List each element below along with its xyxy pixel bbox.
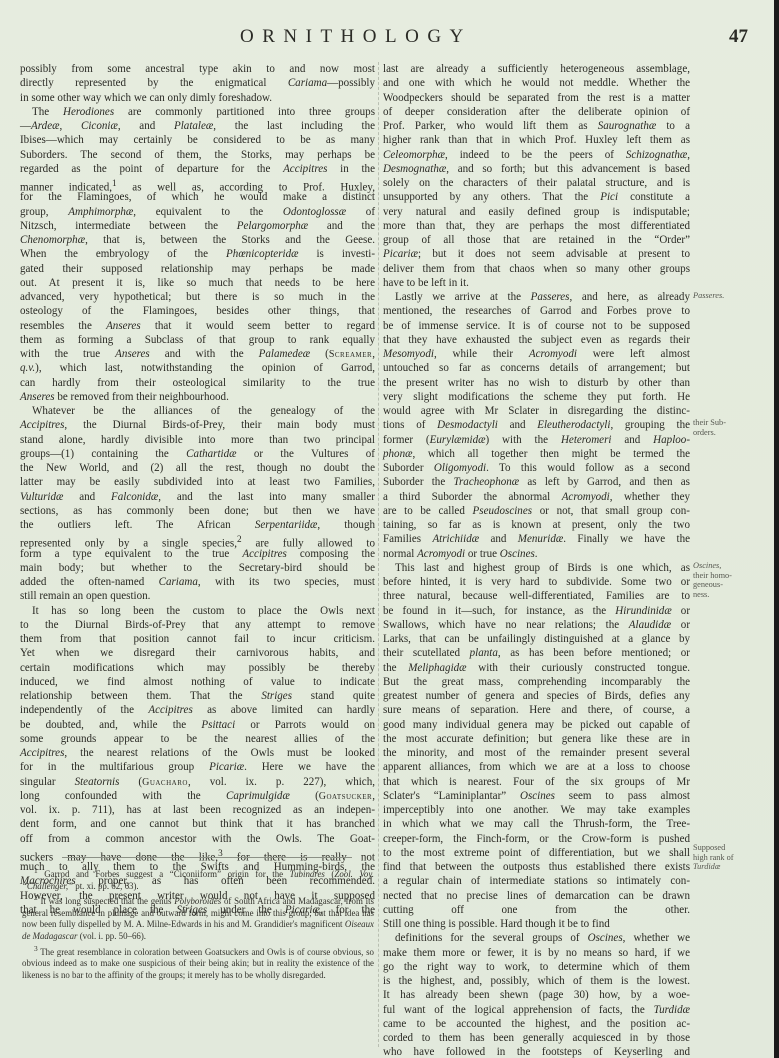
left_column-text-line: possibly from some ancestral type akin t… — [20, 62, 375, 76]
scan-edge — [774, 0, 779, 1058]
left_column-text-line: Yet when we disregard their carnivorous … — [20, 646, 375, 660]
left_column-text-line: singular Steatornis (Guacharo, vol. ix. … — [20, 775, 375, 789]
left_column-text-line: them from that position cannot fail to i… — [20, 632, 375, 646]
right_column-text-line: untouched so far as concerns details of … — [383, 361, 690, 375]
right_column-text-line: their scutellated planta, as has been be… — [383, 646, 690, 660]
left_column-text-line: can hardly from their osteological simil… — [20, 376, 375, 390]
margin-note: Passeres. — [693, 291, 777, 301]
right_column-text-line: Celeomorphæ, indeed to be the peers of S… — [383, 148, 690, 162]
right_column-text-line: the most accurate definition; but genera… — [383, 732, 690, 746]
left_column-text-line: regarded as the point of departure for t… — [20, 162, 375, 176]
left_column-text-line: long confounded with the Caprimulgidæ (G… — [20, 789, 375, 803]
right_column-text-line: Suborder Oligomyodi. To this would follo… — [383, 461, 690, 475]
left_column-text-line: Whatever be the alliances of the genealo… — [20, 404, 375, 418]
right_column-text-line: Mesomyodi, while their Acromyodi were le… — [383, 347, 690, 361]
right_column-text-line: apparent alliances, from which we are at… — [383, 760, 690, 774]
margin-note: Supposedhigh rank ofTurdidæ — [693, 843, 777, 872]
right_column-text-line: three natural, because well-differentiat… — [383, 589, 690, 603]
right_column-text-line: former (Eurylæmidæ) with the Heteromeri … — [383, 433, 690, 447]
right_column-text-line: last are already a sufficiently heteroge… — [383, 62, 690, 76]
left_column-text-line: with the true Anseres and with the Palam… — [20, 347, 375, 361]
right_column-text-line: greatest number of genera and species of… — [383, 689, 690, 703]
left_column-text-line: in some other way which we can only diml… — [20, 91, 375, 105]
right_column-text-line: have to be left in it. — [383, 276, 690, 290]
left_column-text-line: form a type equivalent to the true Accip… — [20, 547, 375, 561]
right_column-text-line: But the great mass, comprehending incomp… — [383, 675, 690, 689]
right_column-text-line: normal Acromyodi or true Oscines. — [383, 547, 690, 561]
right_column-text-line: unsupported by any others. That the Pici… — [383, 190, 690, 204]
left_column-text-line: The Herodiones are commonly partitioned … — [20, 105, 375, 119]
right_column-text-line: phonæ, which all together then might be … — [383, 447, 690, 461]
left-column: possibly from some ancestral type akin t… — [20, 62, 375, 917]
left_column-text-line: Nitzsch, intermediate between the Pelarg… — [20, 219, 375, 233]
right_column-text-line: Larks, that can be unfailingly distingui… — [383, 632, 690, 646]
right_column-text-line: be of immense service. It is of course n… — [383, 319, 690, 333]
left_column-text-line: Vulturidæ and Falconidæ, and the last in… — [20, 490, 375, 504]
right_column-text-line: Desmognathæ, and so forth; but this adva… — [383, 162, 690, 176]
left_column-text-line: represented only by a single species,2 a… — [20, 532, 375, 546]
left_column-text-line: stand alone, hardly divisible into more … — [20, 433, 375, 447]
right_column-text-line: Picariæ; but it does not seem advisable … — [383, 247, 690, 261]
right_column-text-line: the Meliphagidæ with their curiously con… — [383, 661, 690, 675]
left_column-text-line: When the embryology of the Phœnicopterid… — [20, 247, 375, 261]
right_column-text-line: definitions for the several groups of Os… — [383, 931, 690, 945]
left_column-text-line: Ibises—which may certainly be considered… — [20, 133, 375, 147]
left_column-text-line: latter may be easily subdivided into at … — [20, 475, 375, 489]
right_column-text-line: cutting off one from the other. — [383, 903, 690, 917]
right_column-text-line: mentioned, the researches of Garrod and … — [383, 304, 690, 318]
left_column-text-line: some grounds appear to be the nearest al… — [20, 732, 375, 746]
right_column-text-line: group of all those that are retained in … — [383, 233, 690, 247]
right_column-text-line: creeper-form, the Finch-form, or the Cro… — [383, 832, 690, 846]
left_column-text-line: group, Amphimorphæ, equivalent to the Od… — [20, 205, 375, 219]
left_column-text-line: the New World, and (2) all the rest, tho… — [20, 461, 375, 475]
left_column-text-line: them as forming a Subclass of that group… — [20, 333, 375, 347]
left_column-text-line: for the Flamingoes, of which he would ma… — [20, 190, 375, 204]
left_column-text-line: still remain an open question. — [20, 589, 375, 603]
right_column-text-line: very natural and easily defined group is… — [383, 205, 690, 219]
footnote-3: 3 The great resemblance in coloration be… — [22, 943, 374, 982]
book-page: ORNITHOLOGY 47 possibly from some ancest… — [0, 0, 779, 1058]
left_column-text-line: directly represented by the enigmatical … — [20, 76, 375, 90]
left_column-text-line: manner indicated,1 as well as, according… — [20, 176, 375, 190]
right_column-text-line: This last and highest group of Birds is … — [383, 561, 690, 575]
left_column-text-line: groups—(1) containing the Cathartidæ or … — [20, 447, 375, 461]
footnote-1: 1 Garrod and Forbes suggest a “Ciconiifo… — [22, 865, 374, 892]
left_column-text-line: to the Diurnal Birds-of-Prey that any at… — [20, 618, 375, 632]
right_column-text-line: and one with which he would not meddle. … — [383, 76, 690, 90]
left_column-text-line: It has so long been the custom to place … — [20, 604, 375, 618]
left_column-text-line: sections, as has commonly been done; but… — [20, 504, 375, 518]
right_column-text-line: Sclater's “Laminiplantar” Oscines seem t… — [383, 789, 690, 803]
margin-note: their Sub-orders. — [693, 418, 777, 437]
right_column-text-line: Lastly we arrive at the Passeres, and he… — [383, 290, 690, 304]
right_column-text-line: imperceptibly into one another. We may t… — [383, 803, 690, 817]
right_column-text-line: very slight modifications the scheme the… — [383, 390, 690, 404]
left_column-text-line: added the often-named Cariama, with its … — [20, 575, 375, 589]
right_column-text-line: sure means of separation. Here and there… — [383, 703, 690, 717]
left_column-text-line: induced, we find almost nothing of value… — [20, 675, 375, 689]
right_column-text-line: make them more or fewer, it is by no mea… — [383, 946, 690, 960]
left_column-text-line: independently of the Accipitres as above… — [20, 703, 375, 717]
footnote-2: 2 It was long suspected that the genus P… — [22, 892, 374, 942]
right_column-text-line: find that between the outposts thus esta… — [383, 860, 690, 874]
right_column-text-line: deliver them from that chaos when so man… — [383, 262, 690, 276]
right_column-text-line: tions of Desmodactyli and Eleutherodacty… — [383, 418, 690, 432]
right_column-text-line: Suborder the Tracheophonæ as left by Gar… — [383, 475, 690, 489]
right_column-text-line: a regular chain of intermediate stations… — [383, 874, 690, 888]
right_column-text-line: before hinted, it is very hard to subdiv… — [383, 575, 690, 589]
left_column-text-line: vol. ix. p. 711), has at last been recog… — [20, 803, 375, 817]
left_column-text-line: Chenomorphæ, that is, between the Storks… — [20, 233, 375, 247]
left_column-text-line: Suborders. The second of them, the Stork… — [20, 148, 375, 162]
left_column-text-line: gated their supposed relationship may pe… — [20, 262, 375, 276]
running-header: ORNITHOLOGY 47 — [0, 26, 779, 50]
margin-note: Oscines,their homo-geneous-ness. — [693, 561, 777, 599]
right_column-text-line: Families Atrichiidæ and Menuridæ. Finall… — [383, 532, 690, 546]
right_column-text-line: corded to them has been generally acquie… — [383, 1031, 690, 1045]
right_column-text-line: came to be accounted the highest, and th… — [383, 1017, 690, 1031]
right_column-text-line: the minority, and most of the remainder … — [383, 746, 690, 760]
right_column-text-line: nected that no precise lines of demarcat… — [383, 889, 690, 903]
left_column-text-line: for in the multifarious group Picariæ. H… — [20, 760, 375, 774]
column-divider — [378, 62, 380, 1047]
right_column-text-line: in which what we may call the Thrush-for… — [383, 817, 690, 831]
left_column-text-line: off from a common ancestor with the Owls… — [20, 832, 375, 846]
right_column-text-line: of deeper consideration after the delibe… — [383, 105, 690, 119]
right_column-text-line: be found in it—such, for instance, as th… — [383, 604, 690, 618]
left_column-text-line: Accipitres, the nearest relations of the… — [20, 746, 375, 760]
right_column-text-line: Swallows, which have no near relations; … — [383, 618, 690, 632]
left_column-text-line: dent form, and one cannot but think that… — [20, 817, 375, 831]
right_column-text-line: are to be called Pseudoscines or not, th… — [383, 504, 690, 518]
left_column-text-line: be doubted, and, while the Psittaci or P… — [20, 718, 375, 732]
left_column-text-line: the outliers left. The African Serpentar… — [20, 518, 375, 532]
right_column-text-line: to the most extreme point of differentia… — [383, 846, 690, 860]
left_column-text-line: certain modifications which may possibly… — [20, 661, 375, 675]
left_column-text-line: —Ardeæ, Ciconiæ, and Plataleæ, the last … — [20, 119, 375, 133]
page-number: 47 — [729, 26, 748, 48]
page-title: ORNITHOLOGY — [240, 26, 500, 48]
right_column-text-line: Still one thing is possible. Hard though… — [383, 917, 690, 931]
right_column-text-line: go the right way to work, to determine w… — [383, 960, 690, 974]
left_column-text-line: Accipitres, the Diurnal Birds-of-Prey, t… — [20, 418, 375, 432]
right_column-text-line: It has already been shewn (page 30) how,… — [383, 988, 690, 1002]
left_column-text-line: osteology of the Flamingoes, besides oth… — [20, 304, 375, 318]
right_column-text-line: that which is nearest. Four of the six g… — [383, 775, 690, 789]
right_column-text-line: taining, so far as is known at present, … — [383, 518, 690, 532]
right_column-text-line: a third Suborder the abnormal Acromyodi,… — [383, 490, 690, 504]
left_column-text-line: relationship between them. That the Stri… — [20, 689, 375, 703]
left_column-text-line: Anseres be removed from their neighbourh… — [20, 390, 375, 404]
right_column-text-line: good many individual genera may be picke… — [383, 718, 690, 732]
right_column-text-line: Woodpeckers should be separated from the… — [383, 91, 690, 105]
left_column-text-line: resembles the Anseres that it would seem… — [20, 319, 375, 333]
left_column-text-line: advanced, very hypothetical; but there i… — [20, 290, 375, 304]
right_column-text-line: ful want of the logical apprehension of … — [383, 1003, 690, 1017]
left_column-text-line: out. At present it is, like so much that… — [20, 276, 375, 290]
right-column: last are already a sufficiently heteroge… — [383, 62, 690, 1058]
right_column-text-line: Prof. Parker, who would lift them as Sau… — [383, 119, 690, 133]
right_column-text-line: the present writer has no wish to distur… — [383, 376, 690, 390]
right_column-text-line: higher rank than that in which Prof. Hux… — [383, 133, 690, 147]
right_column-text-line: more than that, they are perhaps the mos… — [383, 219, 690, 233]
right_column-text-line: is the highest, and, possibly, which of … — [383, 974, 690, 988]
right_column-text-line: would agree with Mr Sclater in disregard… — [383, 404, 690, 418]
right_column-text-line: that they have exhausted the subject eve… — [383, 333, 690, 347]
footnote-rule — [62, 857, 352, 858]
right_column-text-line: solely on the characters of their palata… — [383, 176, 690, 190]
footnotes: 1 Garrod and Forbes suggest a “Ciconiifo… — [22, 865, 374, 981]
left_column-text-line: main body; but whether to the Secretary-… — [20, 561, 375, 575]
left_column-text-line: q.v.), which last, notwithstanding the o… — [20, 361, 375, 375]
right_column-text-line: who have followed in the footsteps of Ke… — [383, 1045, 690, 1058]
